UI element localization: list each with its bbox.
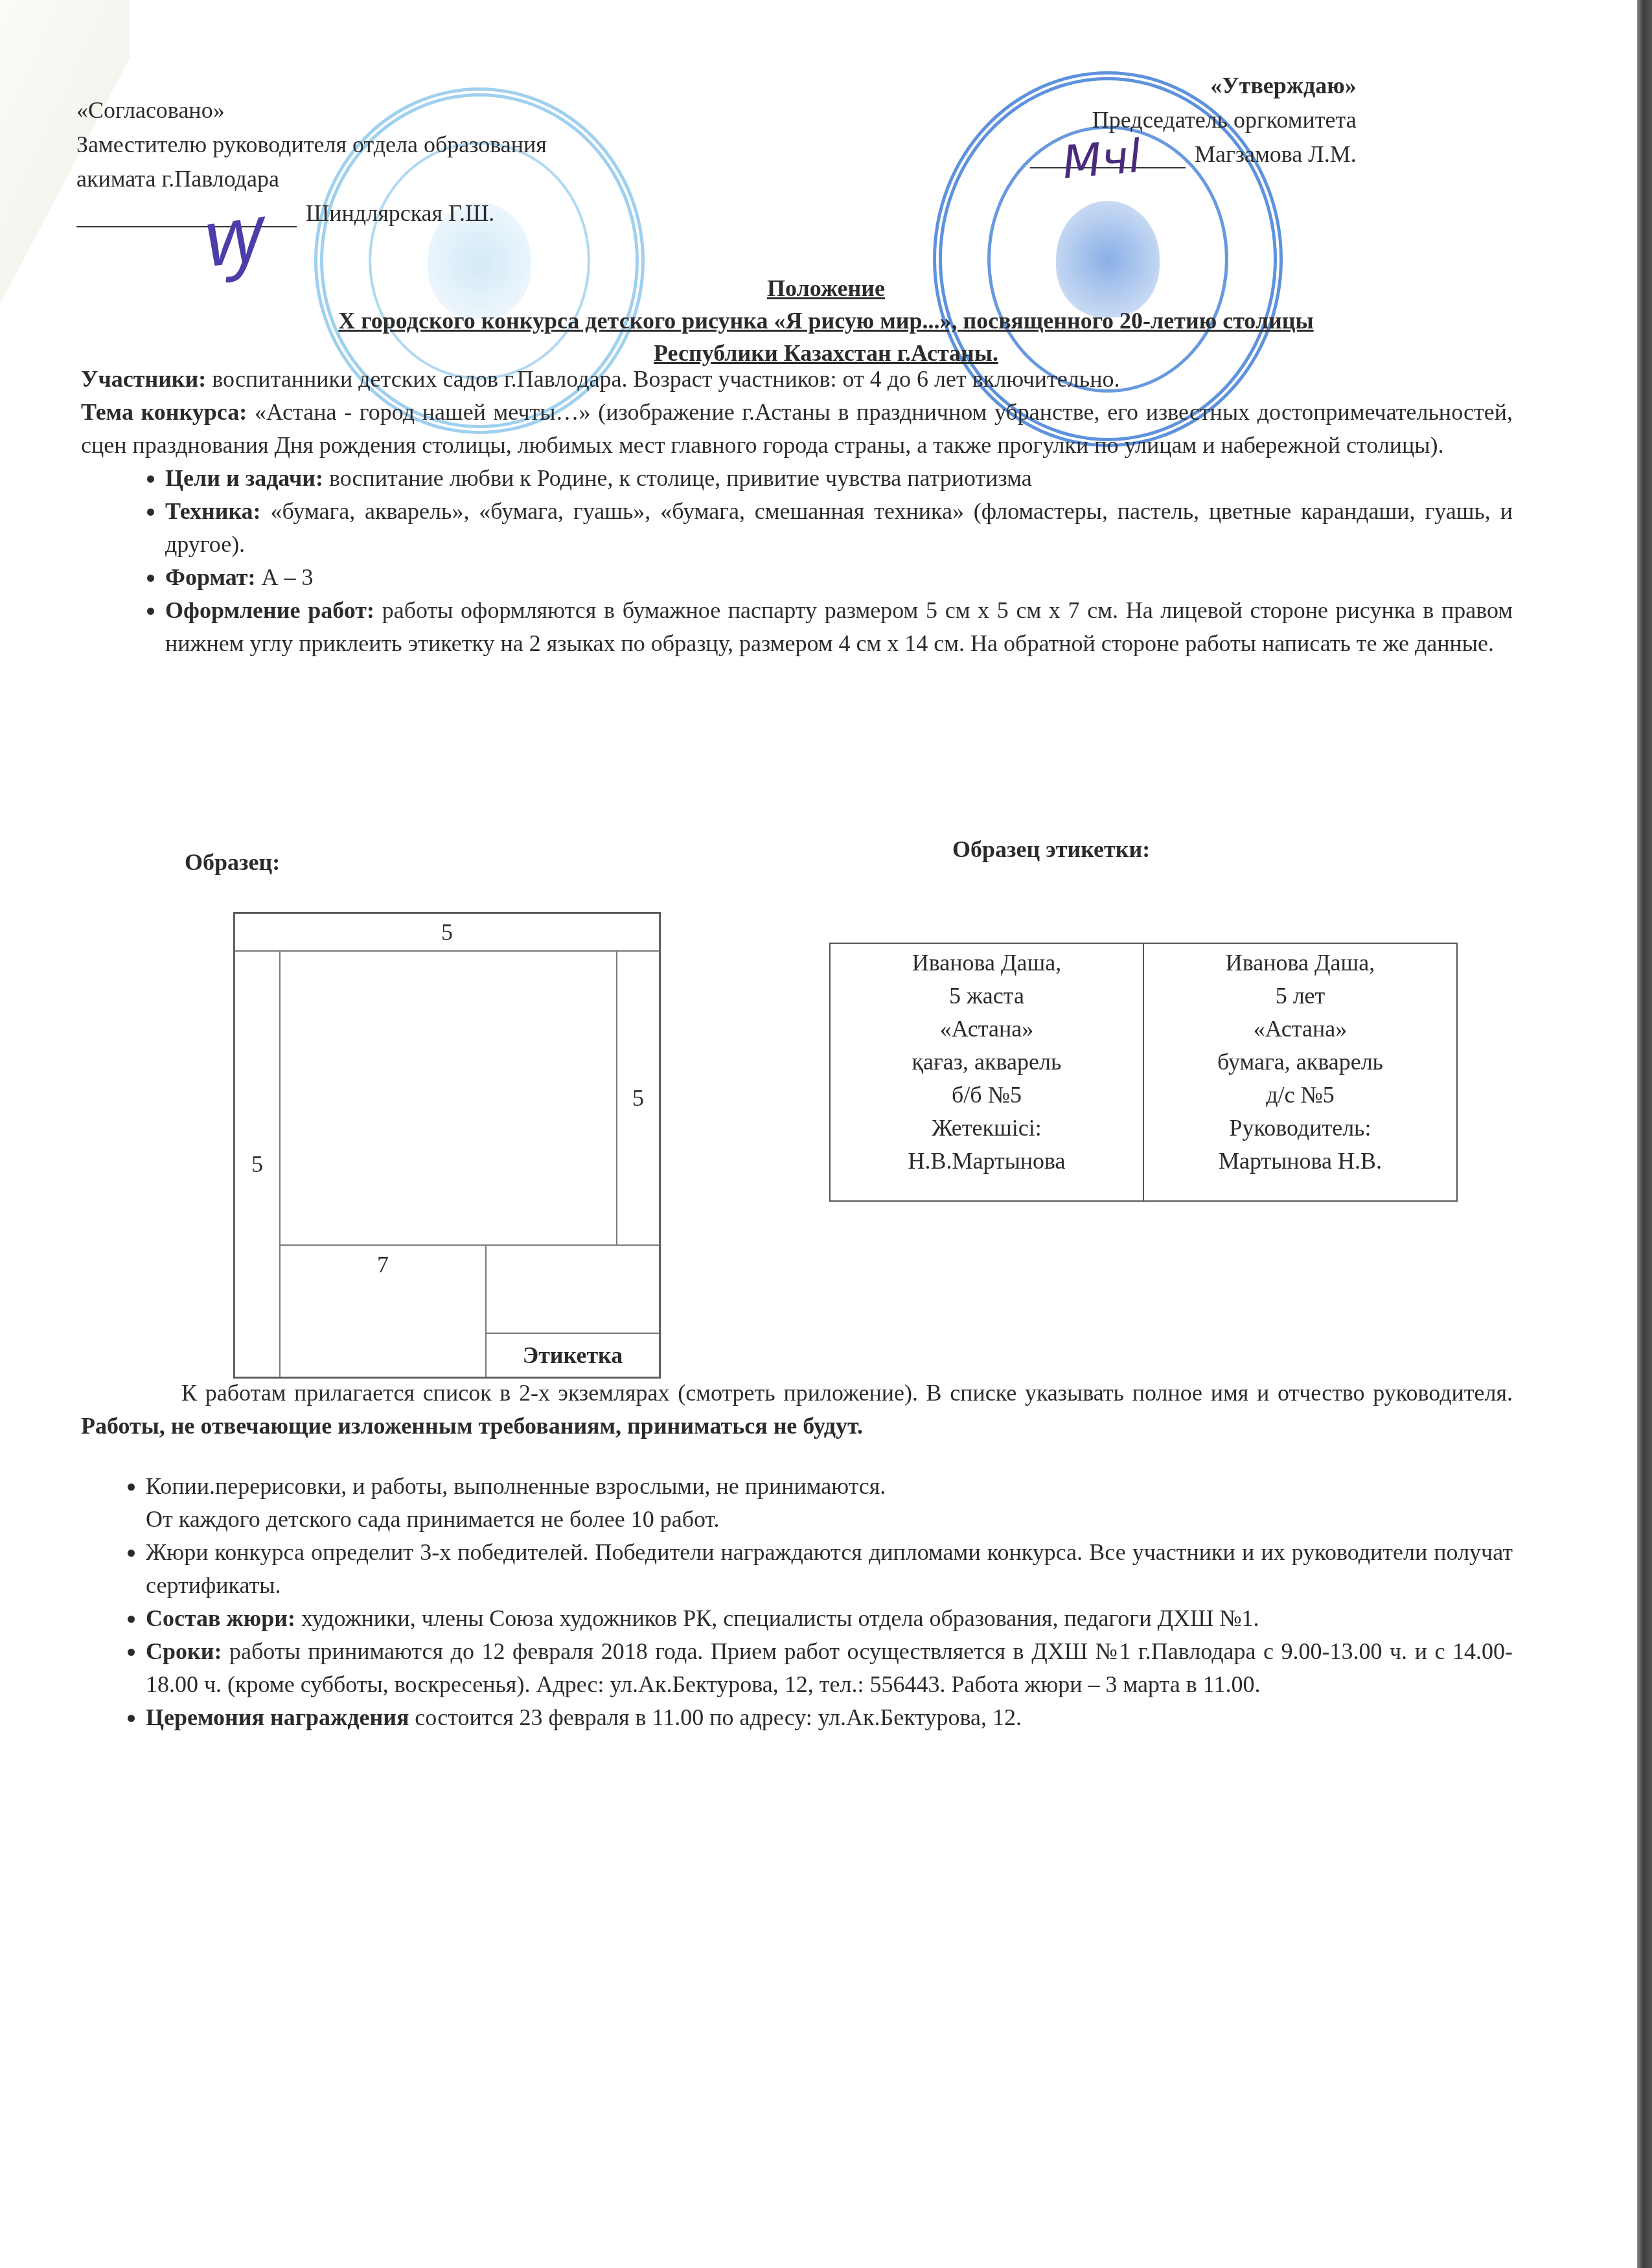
list-item: Оформление работ: работы оформляются в б… [165,594,1513,660]
margin-top: 5 [235,913,660,951]
list-item: Состав жюри: художники, члены Союза худо… [146,1602,1513,1635]
list-paragraph: К работам прилагается список в 2-х экзем… [81,1377,1513,1443]
label-kazakh: Иванова Даша, 5 жаста «Астана» қағаз, ак… [830,943,1143,1201]
title-line: Республики Казахстан г.Астаны. [654,340,998,366]
participants-label: Участники: [81,366,206,392]
passepartout-diagram: 5 5 5 7 Этикетка [233,912,661,1379]
document-body: Участники: воспитанники детских садов г.… [81,363,1513,660]
list-item: Церемония награждения состоится 23 февра… [146,1701,1513,1734]
approval-heading: «Согласовано» [76,96,547,130]
approval-line: акимата г.Павлодара [76,165,547,199]
list-item: Копии.перерисовки, и работы, выполненные… [146,1470,1513,1536]
approval-heading: «Утверждаю» [1030,71,1357,106]
signature-line [76,207,297,227]
approval-block-left: «Согласовано» Заместителю руководителя о… [76,96,547,233]
list-item: Сроки: работы принимаются до 12 февраля … [146,1635,1513,1701]
requirements-list: Цели и задачи: воспитание любви к Родине… [81,462,1513,660]
label-cell: Этикетка [486,1333,660,1377]
label-sample-heading: Образец этикетки: [952,836,1150,863]
title-line: Положение [767,275,885,301]
list-item: Техника: «бумага, акварель», «бумага, гу… [165,495,1513,561]
label-russian: Иванова Даша, 5 лет «Астана» бумага, акв… [1143,943,1457,1201]
list-item: Жюри конкурса определит 3-х победителей.… [146,1536,1513,1602]
margin-bottom: 7 [280,1245,486,1377]
margin-left: 5 [235,951,280,1377]
artwork-area [280,951,617,1245]
theme-paragraph: Тема конкурса: «Астана - город нашей меч… [81,396,1513,462]
document-title: Положение X городского конкурса детского… [0,272,1652,369]
signatory-name: Магзамова Л.М. [1195,141,1357,167]
list-item: Формат: А – 3 [165,561,1513,594]
theme-label: Тема конкурса: [81,399,247,425]
sample-heading: Образец: [185,849,280,876]
participants-paragraph: Участники: воспитанники детских садов г.… [81,363,1513,396]
title-line: X городского конкурса детского рисунка «… [338,308,1313,334]
margin-right: 5 [617,951,660,1245]
theme-text: «Астана - город нашей мечты…» (изображен… [81,399,1513,458]
participants-text: воспитанники детских садов г.Павлодара. … [212,366,1119,392]
label-sample-table: Иванова Даша, 5 жаста «Астана» қағаз, ак… [829,943,1458,1202]
document-body-lower: К работам прилагается список в 2-х экзем… [81,1377,1513,1734]
label-spacer [486,1245,660,1333]
list-item: Цели и задачи: воспитание любви к Родине… [165,462,1513,495]
handwritten-signature-icon: Мчl [1061,130,1143,189]
approval-line: Заместителю руководителя отдела образова… [76,130,547,165]
signatory-name: Шиндлярская Г.Ш. [306,200,494,226]
rules-list: Копии.перерисовки, и работы, выполненные… [81,1470,1513,1734]
